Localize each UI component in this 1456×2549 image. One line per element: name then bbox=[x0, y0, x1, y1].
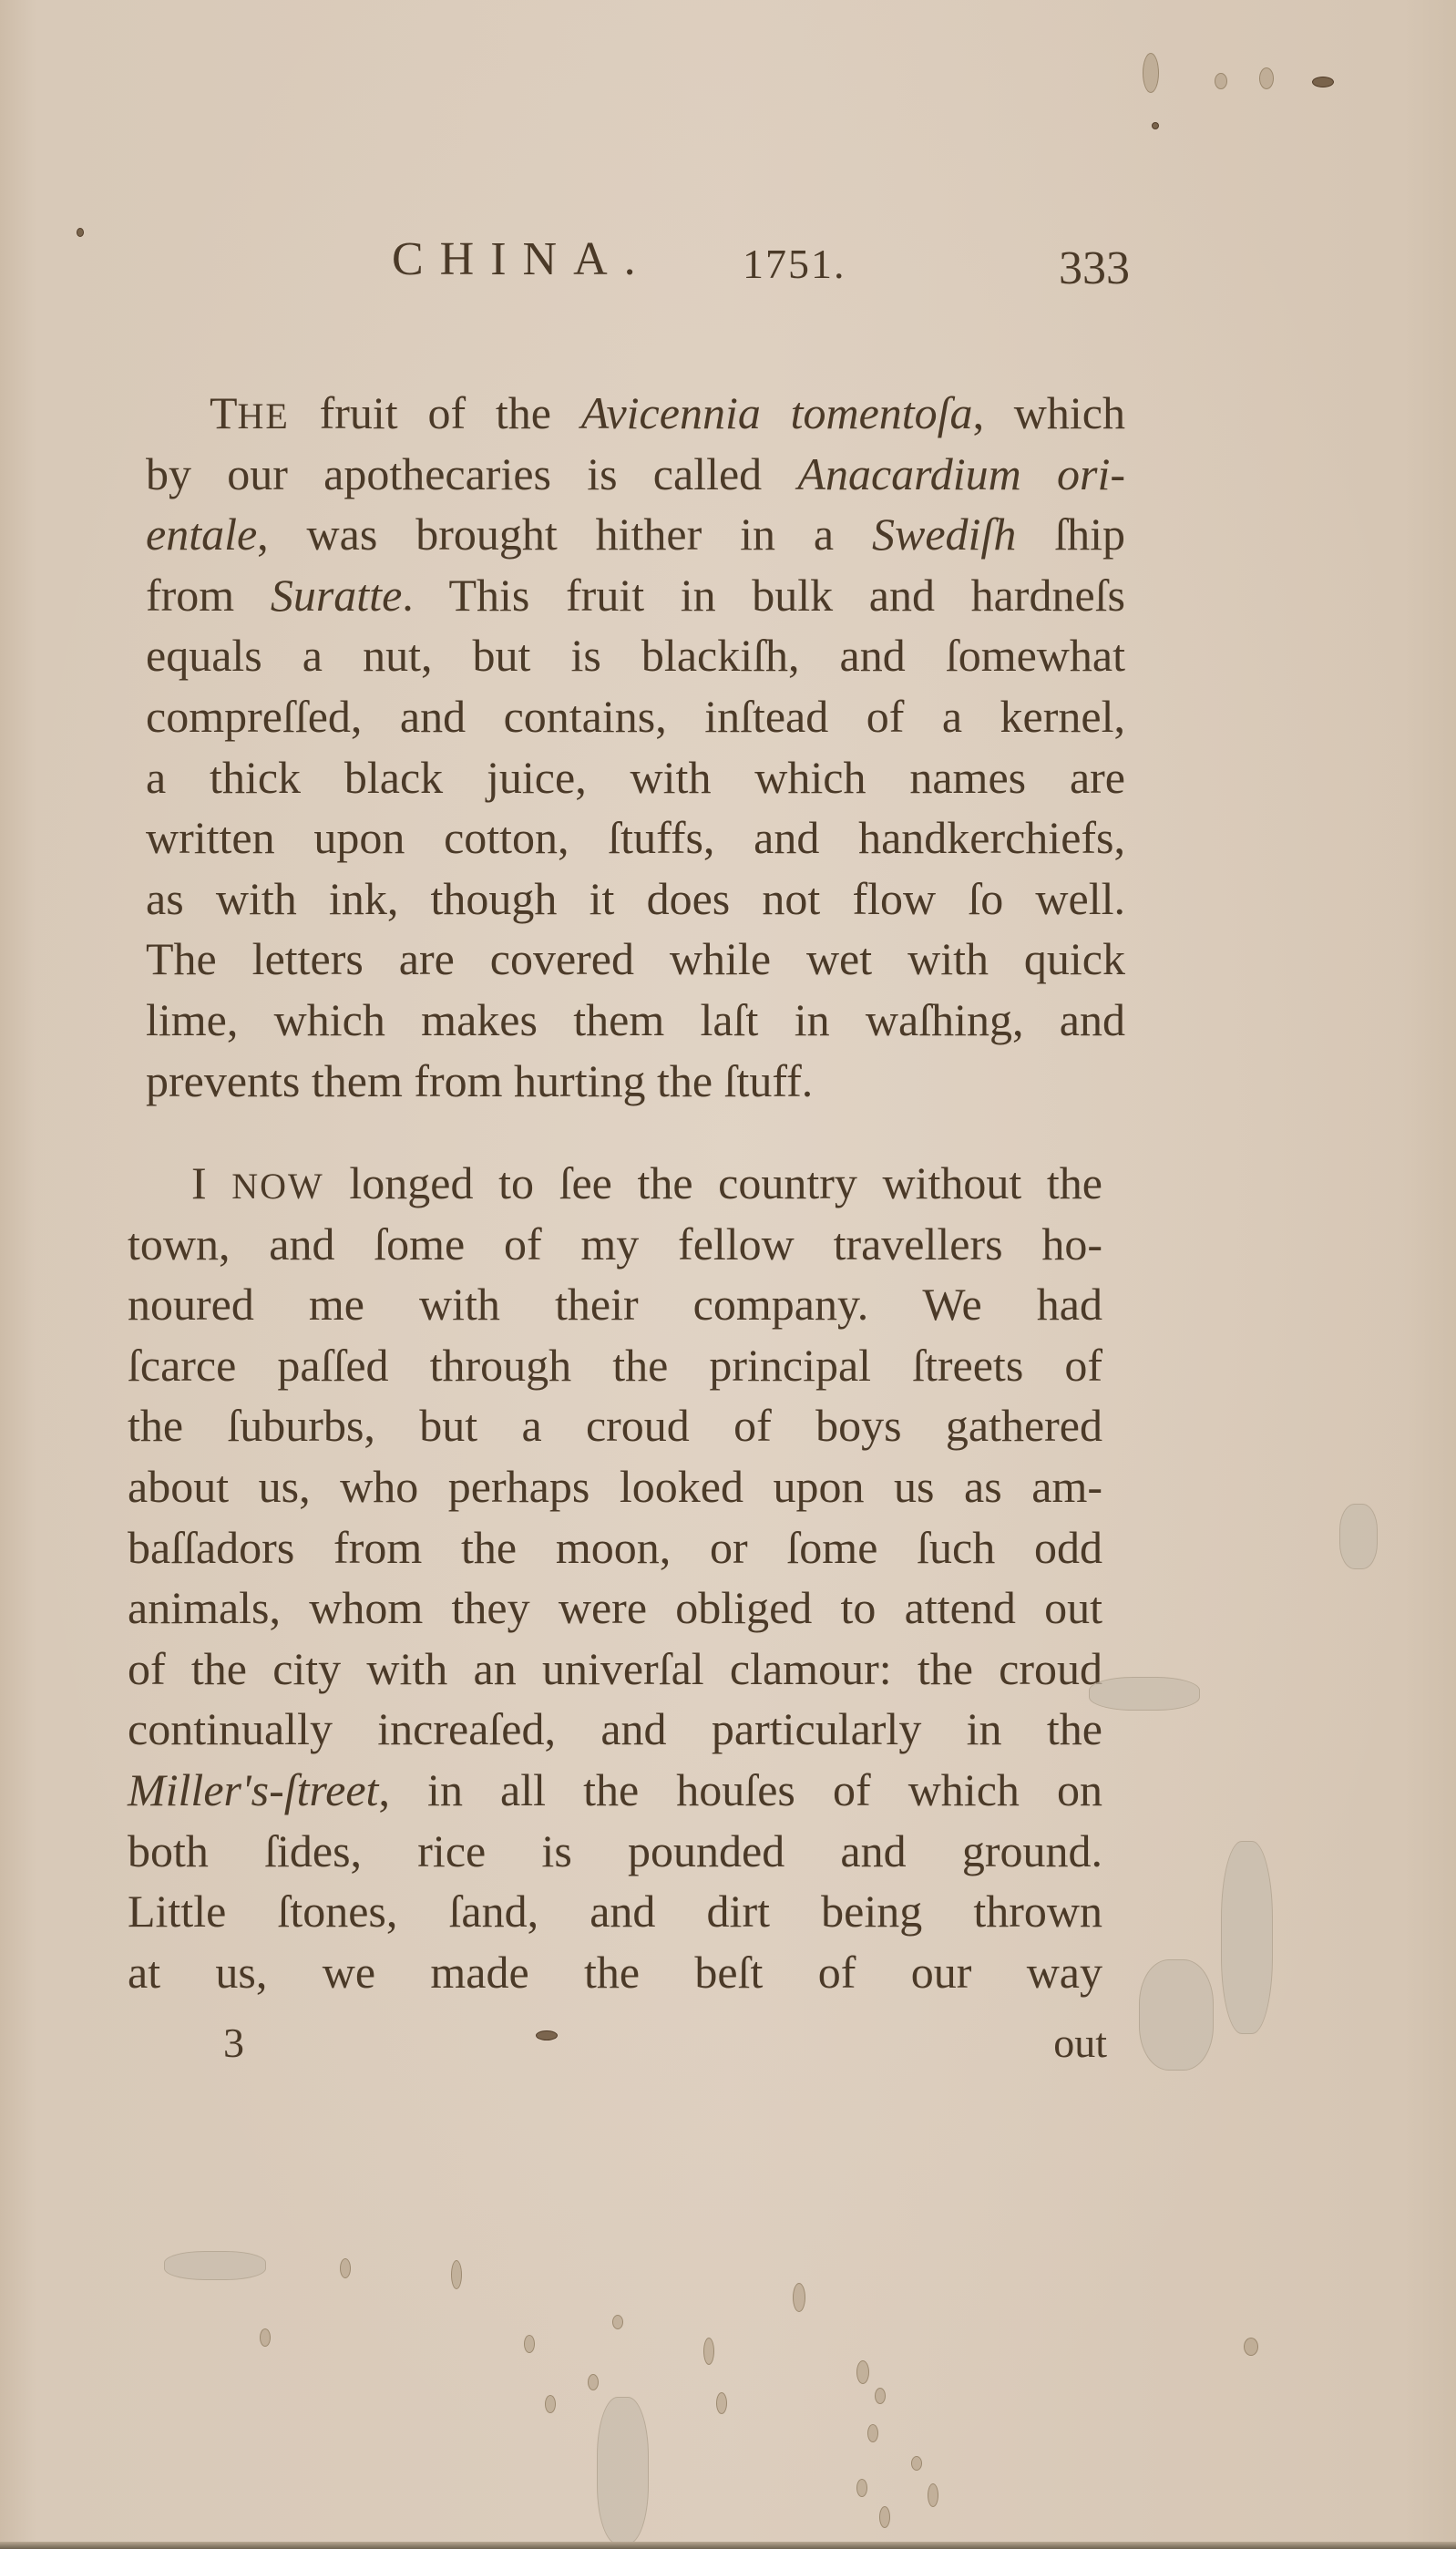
text-run: Little ſtones, ſand, and dirt being thro… bbox=[128, 1886, 1102, 1937]
text-run: I bbox=[191, 1157, 231, 1208]
italic-text: Anacardium ori- bbox=[797, 448, 1125, 499]
ink-stain-decoration bbox=[1244, 2338, 1258, 2356]
text-line: ſcarce paſſed through the principal ſtre… bbox=[128, 1335, 1102, 1396]
ink-stain-decoration bbox=[703, 2338, 714, 2365]
text-run: ſcarce paſſed through the principal ſtre… bbox=[128, 1340, 1102, 1391]
ink-stain-decoration bbox=[260, 2328, 271, 2347]
italic-text: Avicennia tomentoſa bbox=[581, 387, 973, 438]
text-line: lime, which makes them laſt in waſhing, … bbox=[146, 990, 1125, 1051]
text-run: prevents them from hurting the ſtuff. bbox=[146, 1055, 813, 1106]
water-damage-decoration bbox=[597, 2397, 649, 2544]
water-damage-decoration bbox=[1139, 1959, 1214, 2071]
text-run: noured me with their company. We had bbox=[128, 1279, 1102, 1330]
text-line: of the city with an univerſal clamour: t… bbox=[128, 1639, 1102, 1700]
text-run: animals, whom they were obliged to atten… bbox=[128, 1582, 1102, 1633]
page-number: 333 bbox=[1059, 242, 1130, 295]
text-run: a thick black juice, with which names ar… bbox=[146, 752, 1125, 803]
text-run: from bbox=[146, 570, 271, 621]
ink-stain-decoration bbox=[856, 2479, 867, 2497]
text-run: baſſadors from the moon, or ſome ſuch od… bbox=[128, 1522, 1102, 1573]
page-footer: 3 out bbox=[123, 2019, 1107, 2073]
text-line: as with ink, though it does not flow ſo … bbox=[146, 869, 1125, 930]
ink-stain-decoration bbox=[1143, 53, 1159, 93]
ink-stain-decoration bbox=[867, 2424, 878, 2442]
text-line: I NOW longed to ſee the country without … bbox=[128, 1153, 1102, 1214]
ink-stain-decoration bbox=[911, 2456, 922, 2471]
text-line: the ſuburbs, but a croud of boys gathere… bbox=[128, 1395, 1102, 1456]
text-run: . This fruit in bulk and hardneſs bbox=[402, 570, 1125, 621]
text-line: equals a nut, but is blackiſh, and ſomew… bbox=[146, 625, 1125, 686]
text-run: equals a nut, but is blackiſh, and ſomew… bbox=[146, 630, 1125, 681]
text-line: from Suratte. This fruit in bulk and har… bbox=[146, 565, 1125, 626]
text-run: , which bbox=[973, 387, 1125, 438]
text-line: noured me with their company. We had bbox=[128, 1274, 1102, 1335]
paragraph-2: I NOW longed to ſee the country without … bbox=[128, 1153, 1102, 2002]
water-damage-decoration bbox=[1089, 1677, 1200, 1711]
text-line: entale, was brought hither in a Swediſh … bbox=[146, 504, 1125, 565]
ink-stain-decoration bbox=[793, 2283, 805, 2312]
ink-stain-decoration bbox=[545, 2395, 556, 2413]
text-line: THE fruit of the Avicennia tomentoſa, wh… bbox=[146, 383, 1125, 444]
ink-stain-decoration bbox=[856, 2360, 869, 2384]
text-run: compreſſed, and contains, inſtead of a k… bbox=[146, 691, 1125, 742]
running-head-title: CHINA. bbox=[392, 232, 652, 286]
paragraph-1: THE fruit of the Avicennia tomentoſa, wh… bbox=[146, 383, 1125, 1111]
ink-stain-decoration bbox=[1152, 122, 1159, 129]
text-run: ſhip bbox=[1016, 509, 1125, 560]
text-run: about us, who perhaps looked upon us as … bbox=[128, 1461, 1102, 1512]
book-page: CHINA. 1751. 333 THE fruit of the Avicen… bbox=[0, 0, 1456, 2549]
catchword: out bbox=[1053, 2019, 1107, 2067]
text-run: at us, we made the beſt of our way bbox=[128, 1947, 1102, 1998]
text-line: continually increaſed, and particularly … bbox=[128, 1699, 1102, 1760]
text-run: of the city with an univerſal clamour: t… bbox=[128, 1643, 1102, 1694]
ink-stain-decoration bbox=[536, 2030, 558, 2040]
text-line: about us, who perhaps looked upon us as … bbox=[128, 1456, 1102, 1517]
ink-stain-decoration bbox=[340, 2258, 351, 2278]
text-run: written upon cotton, ſtuffs, and handker… bbox=[146, 812, 1125, 863]
text-line: prevents them from hurting the ſtuff. bbox=[146, 1051, 1125, 1112]
text-line: Miller's-ſtreet, in all the houſes of wh… bbox=[128, 1760, 1102, 1821]
text-line: Little ſtones, ſand, and dirt being thro… bbox=[128, 1881, 1102, 1942]
ink-stain-decoration bbox=[1312, 77, 1334, 87]
italic-text: Suratte bbox=[271, 570, 402, 621]
text-line: animals, whom they were obliged to atten… bbox=[128, 1578, 1102, 1639]
water-damage-decoration bbox=[164, 2251, 266, 2280]
text-run: the ſuburbs, but a croud of boys gathere… bbox=[128, 1400, 1102, 1451]
ink-stain-decoration bbox=[716, 2392, 727, 2414]
text-line: by our apothecaries is called Anacardium… bbox=[146, 444, 1125, 505]
italic-text: Miller's-ſtreet bbox=[128, 1764, 378, 1815]
signature-mark: 3 bbox=[223, 2019, 244, 2067]
text-run: , in all the houſes of which on bbox=[378, 1764, 1102, 1815]
text-run: lime, which makes them laſt in waſhing, … bbox=[146, 994, 1125, 1045]
ink-stain-decoration bbox=[1215, 73, 1227, 89]
text-line: at us, we made the beſt of our way bbox=[128, 1942, 1102, 2003]
water-damage-decoration bbox=[1339, 1504, 1378, 1569]
ink-stain-decoration bbox=[588, 2374, 599, 2390]
ink-stain-decoration bbox=[1259, 67, 1274, 89]
page-edge bbox=[0, 2542, 1456, 2549]
text-line: a thick black juice, with which names ar… bbox=[146, 747, 1125, 808]
ink-stain-decoration bbox=[612, 2315, 623, 2329]
text-run: town, and ſome of my fellow travellers h… bbox=[128, 1218, 1102, 1269]
running-head-year: 1751. bbox=[743, 240, 846, 288]
text-line: both ſides, rice is pounded and ground. bbox=[128, 1821, 1102, 1882]
small-caps-text: HE bbox=[238, 396, 290, 437]
water-damage-decoration bbox=[1221, 1841, 1273, 2034]
text-line: town, and ſome of my fellow travellers h… bbox=[128, 1214, 1102, 1275]
text-run: , was brought hither in a bbox=[257, 509, 872, 560]
text-line: baſſadors from the moon, or ſome ſuch od… bbox=[128, 1517, 1102, 1578]
text-run: T bbox=[210, 387, 238, 438]
text-run: fruit of the bbox=[290, 387, 581, 438]
text-run: as with ink, though it does not flow ſo … bbox=[146, 873, 1125, 924]
ink-stain-decoration bbox=[879, 2506, 890, 2528]
ink-stain-decoration bbox=[875, 2388, 886, 2404]
ink-stain-decoration bbox=[77, 228, 84, 237]
text-run: continually increaſed, and particularly … bbox=[128, 1703, 1102, 1754]
ink-stain-decoration bbox=[928, 2483, 938, 2507]
small-caps-text: NOW bbox=[231, 1166, 324, 1207]
text-line: written upon cotton, ſtuffs, and handker… bbox=[146, 807, 1125, 869]
text-run: longed to ſee the country without the bbox=[324, 1157, 1102, 1208]
ink-stain-decoration bbox=[524, 2335, 535, 2353]
ink-stain-decoration bbox=[451, 2260, 462, 2289]
italic-text: entale bbox=[146, 509, 257, 560]
text-line: compreſſed, and contains, inſtead of a k… bbox=[146, 686, 1125, 747]
text-run: by our apothecaries is called bbox=[146, 448, 797, 499]
italic-text: Swediſh bbox=[872, 509, 1016, 560]
text-run: The letters are covered while wet with q… bbox=[146, 933, 1125, 984]
running-head: CHINA. 1751. 333 bbox=[392, 232, 1139, 305]
text-line: The letters are covered while wet with q… bbox=[146, 929, 1125, 990]
text-run: both ſides, rice is pounded and ground. bbox=[128, 1825, 1102, 1876]
